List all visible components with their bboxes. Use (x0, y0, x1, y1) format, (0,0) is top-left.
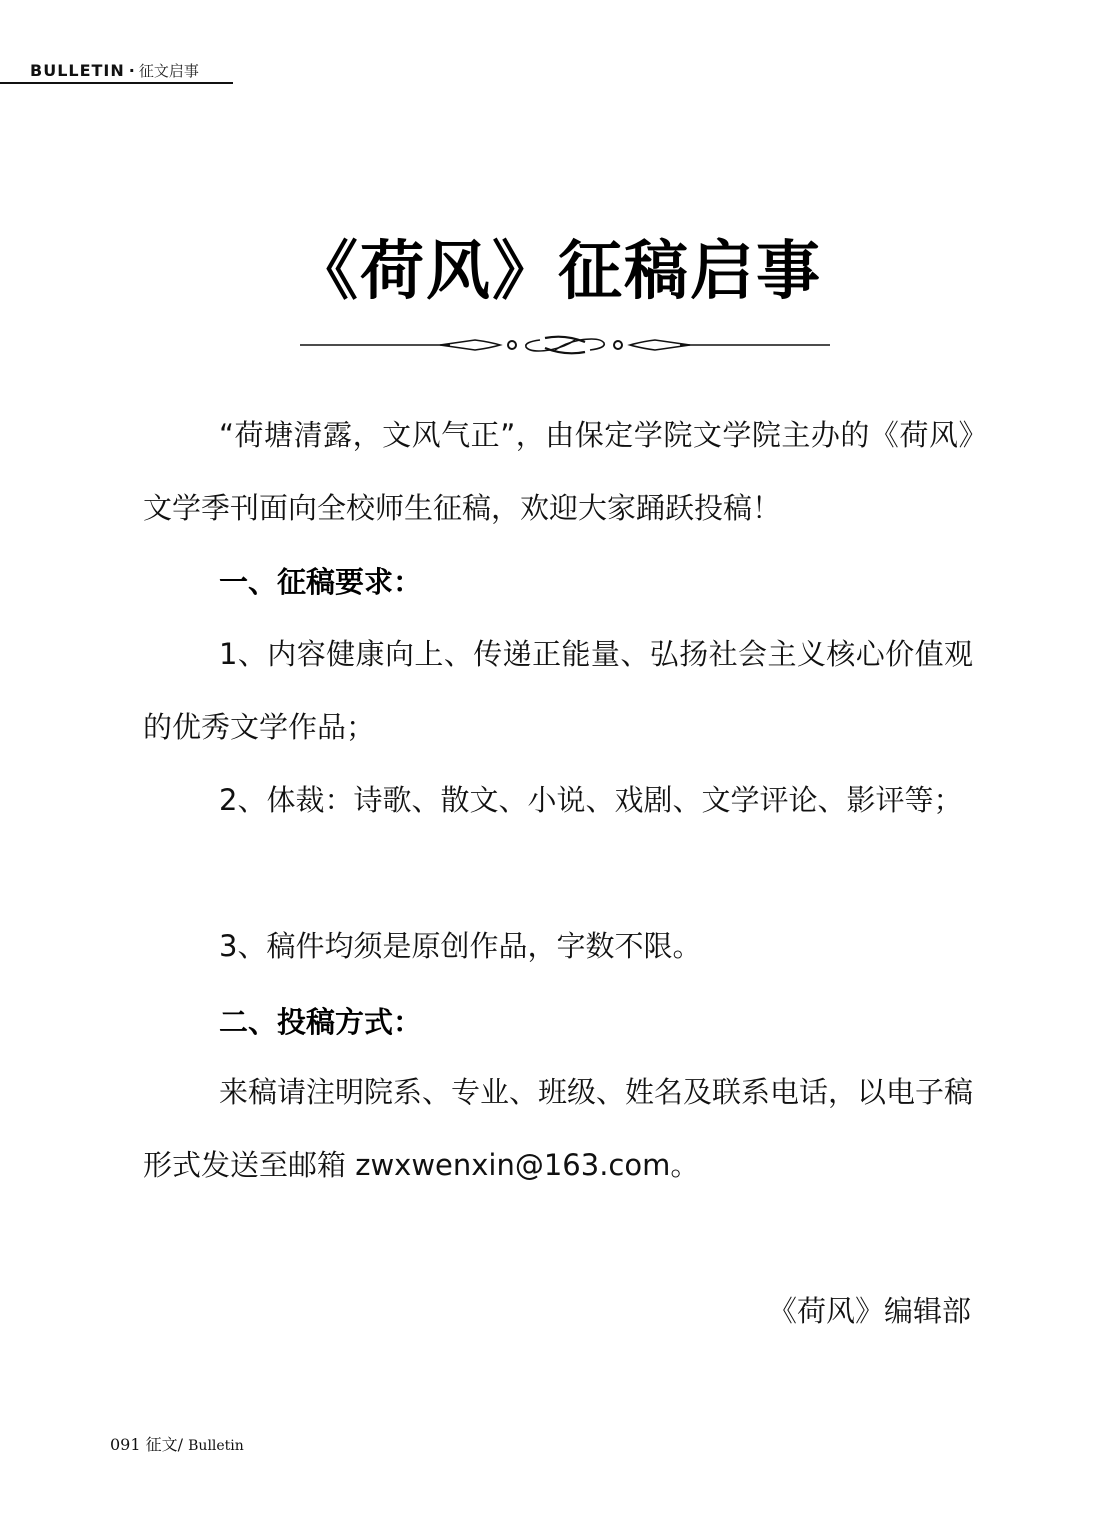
intro-text: “荷塘清露，文风气正”，由保定学院文学院主办的《荷风》文学季刊面向全校师生征稿，… (143, 418, 973, 525)
intro-paragraph: “荷塘清露，文风气正”，由保定学院文学院主办的《荷风》文学季刊面向全校师生征稿，… (143, 399, 973, 545)
page-footer: 091 征文/ Bulletin (110, 1434, 244, 1457)
header-brand: BULLETIN (30, 61, 125, 80)
editorial-signature: 《荷风》编辑部 (768, 1291, 971, 1331)
requirement-item-1: 1、内容健康向上、传递正能量、弘扬社会主义核心价值观的优秀文学作品； (143, 618, 973, 764)
submission-instructions: 来稿请注明院系、专业、班级、姓名及联系电话，以电子稿形式发送至邮箱 zwxwen… (143, 1056, 973, 1202)
section-heading-requirements: 一、征稿要求： (219, 562, 422, 602)
requirement-item-3: 3、稿件均须是原创作品，字数不限。 (143, 910, 973, 983)
ornament-divider-icon (300, 330, 830, 360)
page-number: 091 (110, 1435, 141, 1454)
running-header: BULLETIN·征文启事 (30, 61, 199, 81)
footer-brand: Bulletin (188, 1438, 244, 1454)
footer-section: 征文 (146, 1435, 178, 1454)
requirement-item-2: 2、体裁：诗歌、散文、小说、戏剧、文学评论、影评等； (143, 764, 973, 837)
header-separator: · (129, 61, 135, 80)
footer-slash: / (178, 1435, 183, 1454)
section-heading-submission: 二、投稿方式： (219, 1002, 422, 1042)
header-rule (0, 82, 233, 84)
page-title: 《荷风》征稿启事 (0, 232, 1116, 312)
header-section: 征文启事 (139, 62, 199, 80)
